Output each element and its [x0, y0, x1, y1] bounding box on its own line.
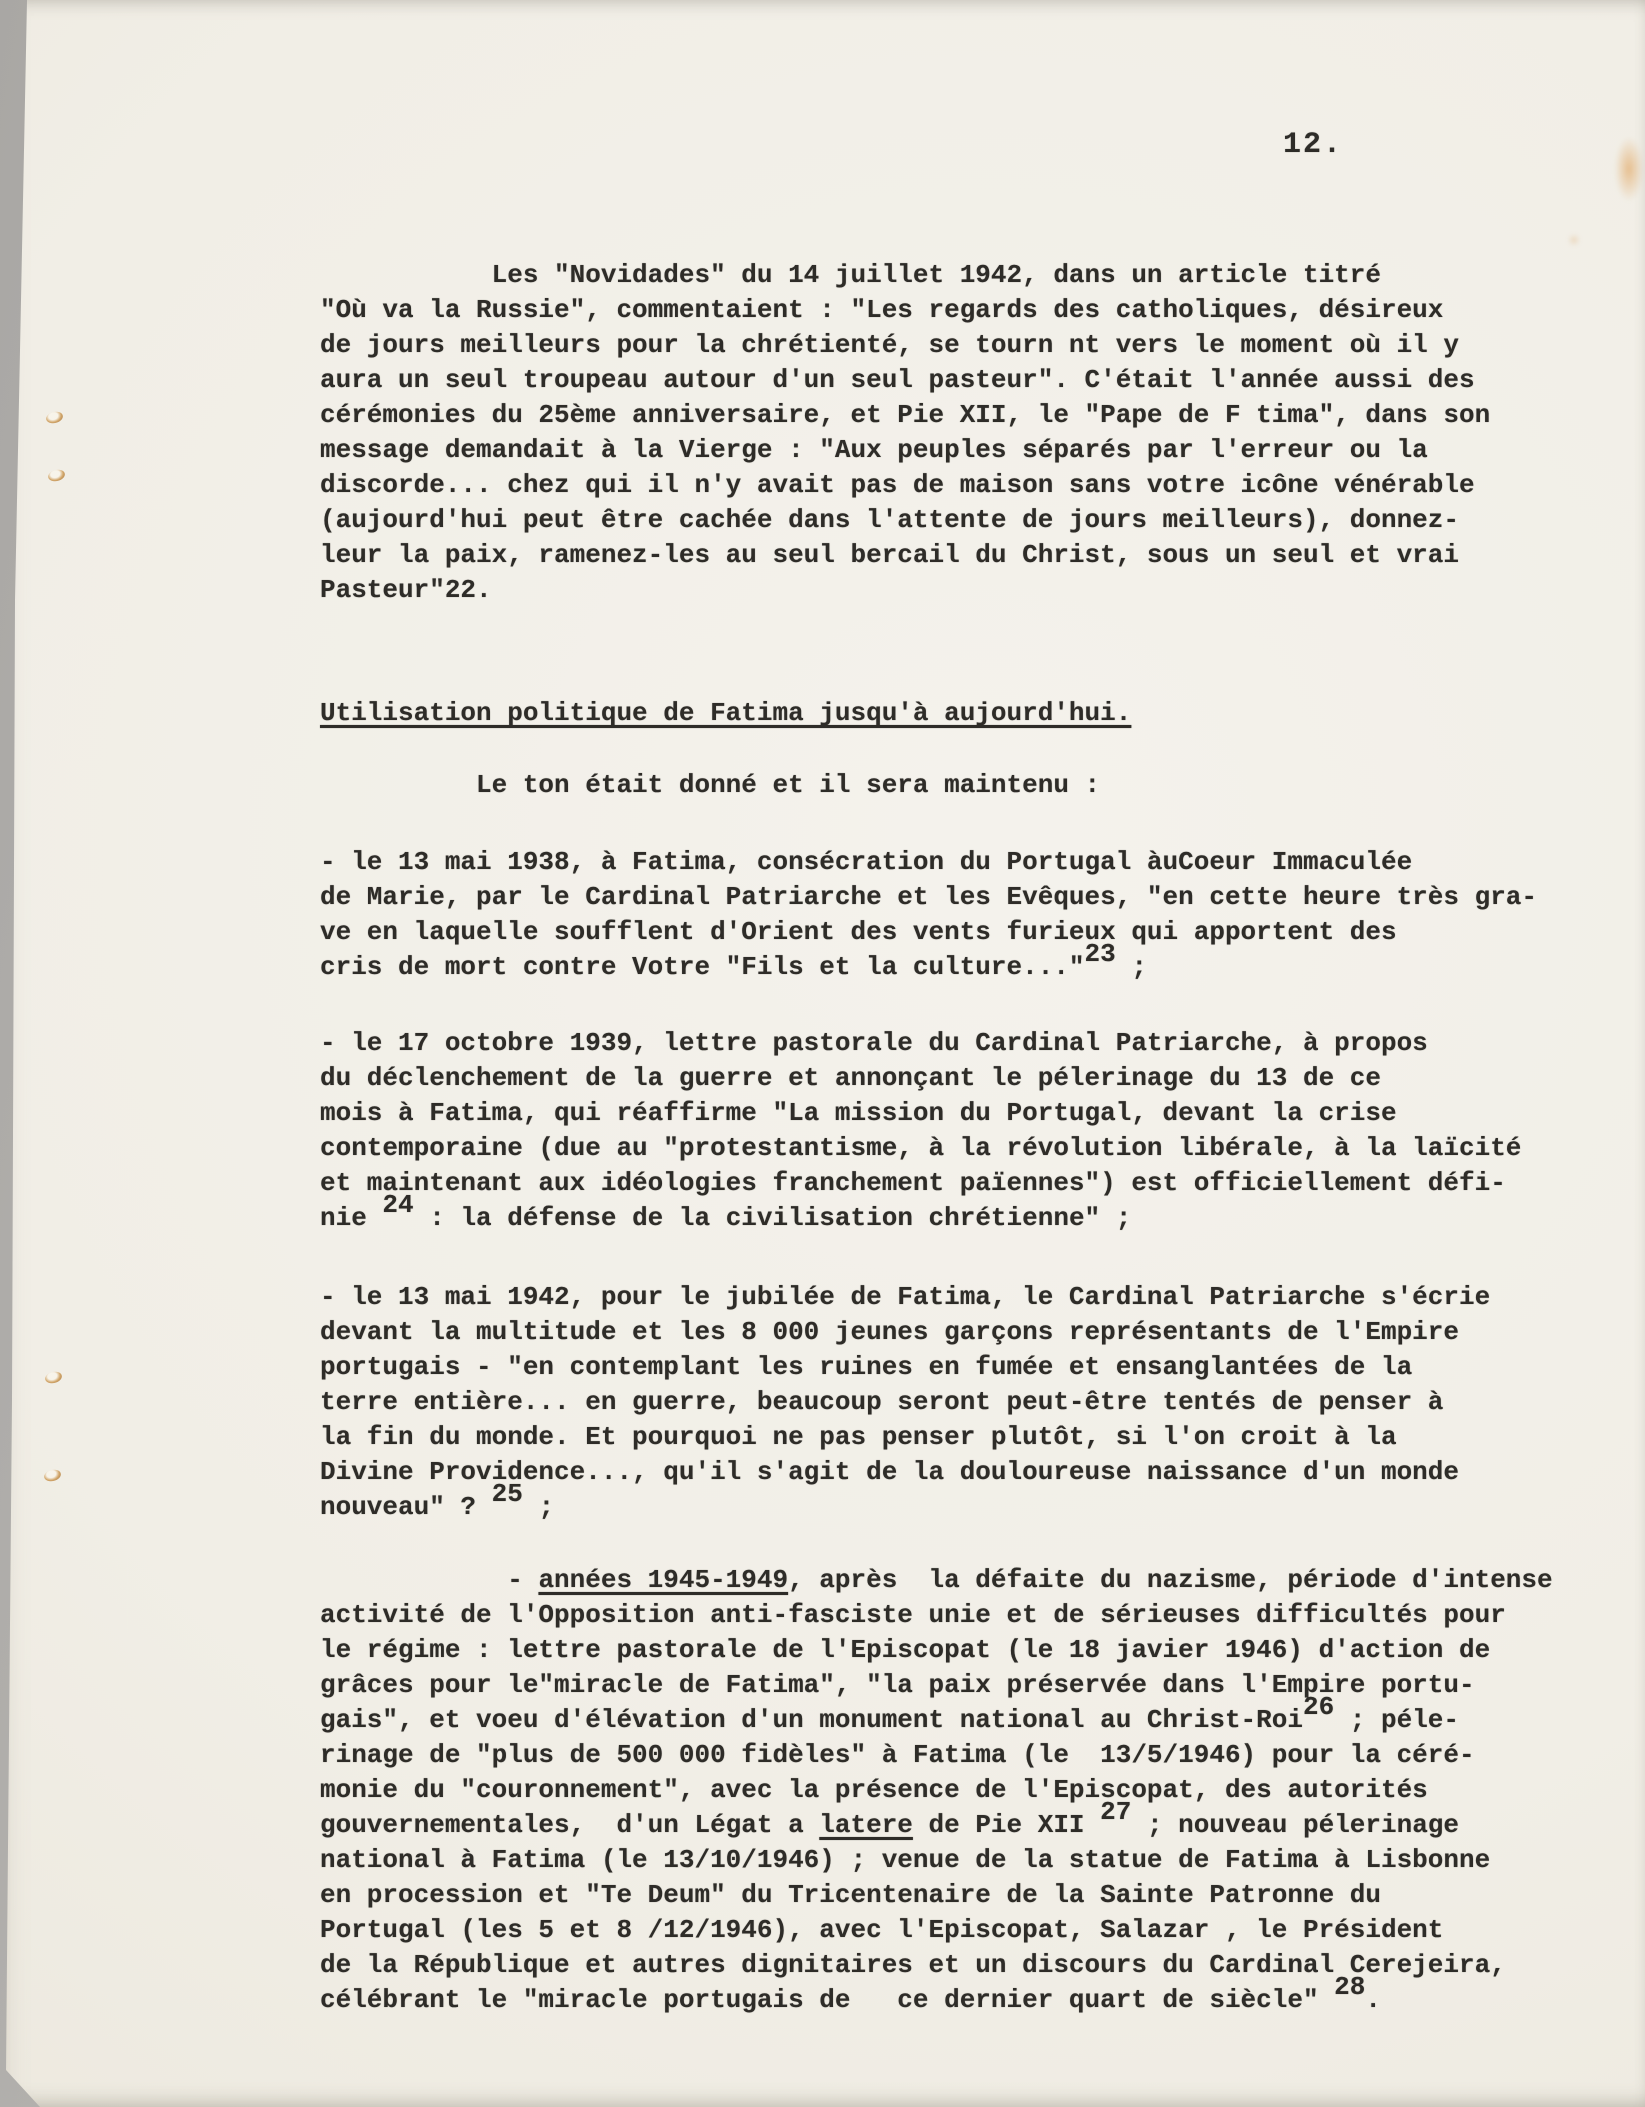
text-line: leur la paix, ramenez-les au seul bercai…	[320, 538, 1490, 573]
page-number: 12.	[1283, 130, 1343, 160]
punch-hole-mark	[45, 410, 64, 425]
text-line: - le 13 mai 1938, à Fatima, consécration…	[320, 845, 1537, 880]
paragraph-17-octobre-1939: - le 17 octobre 1939, lettre pastorale d…	[320, 1026, 1521, 1236]
text-line: portugais - "en contemplant les ruines e…	[320, 1350, 1490, 1385]
text-line: aura un seul troupeau autour d'un seul p…	[320, 363, 1490, 398]
text-line: national à Fatima (le 13/10/1946) ; venu…	[320, 1843, 1553, 1878]
text-line: le régime : lettre pastorale de l'Episco…	[320, 1633, 1553, 1668]
text-line: cérémonies du 25ème anniversaire, et Pie…	[320, 398, 1490, 433]
punch-hole-mark	[43, 1468, 62, 1483]
text-line: rinage de "plus de 500 000 fidèles" à Fa…	[320, 1738, 1553, 1773]
text-line: nie 24 : la défense de la civilisation c…	[320, 1201, 1521, 1236]
paragraph-novidades: Les "Novidades" du 14 juillet 1942, dans…	[320, 258, 1490, 608]
text-line: devant la multitude et les 8 000 jeunes …	[320, 1315, 1490, 1350]
text-line: nouveau" ? 25 ;	[320, 1490, 1490, 1525]
paper-stain-small	[1566, 232, 1582, 248]
paragraph-13-mai-1938: - le 13 mai 1938, à Fatima, consécration…	[320, 845, 1537, 985]
text-line: de la République et autres dignitaires e…	[320, 1948, 1553, 1983]
text-line: discorde... chez qui il n'y avait pas de…	[320, 468, 1490, 503]
text-line: de Marie, par le Cardinal Patriarche et …	[320, 880, 1537, 915]
text-line: Pasteur"22.	[320, 573, 1490, 608]
text-line: célébrant le "miracle portugais de ce de…	[320, 1983, 1553, 2018]
text-line: message demandait à la Vierge : "Aux peu…	[320, 433, 1490, 468]
text-line: contemporaine (due au "protestantisme, à…	[320, 1131, 1521, 1166]
paper-sheet: 12. Les "Novidades" du 14 juillet 1942, …	[0, 0, 1645, 2107]
paragraph-annees-1945-1949: - années 1945-1949, après la défaite du …	[320, 1563, 1553, 2018]
text-line: activité de l'Opposition anti-fasciste u…	[320, 1598, 1553, 1633]
text-line: (aujourd'hui peut être cachée dans l'att…	[320, 503, 1490, 538]
text-line: - le 17 octobre 1939, lettre pastorale d…	[320, 1026, 1521, 1061]
text-line: - années 1945-1949, après la défaite du …	[320, 1563, 1553, 1598]
paragraph-13-mai-1942: - le 13 mai 1942, pour le jubilée de Fat…	[320, 1280, 1490, 1525]
text-line: en procession et "Te Deum" du Tricentena…	[320, 1878, 1553, 1913]
text-line: "Où va la Russie", commentaient : "Les r…	[320, 293, 1490, 328]
text-line: Les "Novidades" du 14 juillet 1942, dans…	[320, 258, 1490, 293]
text-line: terre entière... en guerre, beaucoup ser…	[320, 1385, 1490, 1420]
text-line: grâces pour le"miracle de Fatima", "la p…	[320, 1668, 1553, 1703]
scanned-page: 12. Les "Novidades" du 14 juillet 1942, …	[0, 0, 1645, 2107]
text-line: Portugal (les 5 et 8 /12/1946), avec l'E…	[320, 1913, 1553, 1948]
text-line: ve en laquelle soufflent d'Orient des ve…	[320, 915, 1537, 950]
text-line: Utilisation politique de Fatima jusqu'à …	[320, 696, 1131, 731]
text-line: et maintenant aux idéologies franchement…	[320, 1166, 1521, 1201]
paragraph-intro: Le ton était donné et il sera maintenu :	[320, 768, 1100, 803]
text-line: monie du "couronnement", avec la présenc…	[320, 1773, 1553, 1808]
text-line: du déclenchement de la guerre et annonça…	[320, 1061, 1521, 1096]
text-line: Le ton était donné et il sera maintenu :	[320, 768, 1100, 803]
text-line: gais", et voeu d'élévation d'un monument…	[320, 1703, 1553, 1738]
paper-stain	[1610, 126, 1645, 212]
text-line: de jours meilleurs pour la chrétienté, s…	[320, 328, 1490, 363]
text-line: cris de mort contre Votre "Fils et la cu…	[320, 950, 1537, 985]
section-heading: Utilisation politique de Fatima jusqu'à …	[320, 696, 1131, 731]
punch-hole-mark	[47, 468, 66, 483]
text-line: - le 13 mai 1942, pour le jubilée de Fat…	[320, 1280, 1490, 1315]
text-line: mois à Fatima, qui réaffirme "La mission…	[320, 1096, 1521, 1131]
text-line: la fin du monde. Et pourquoi ne pas pens…	[320, 1420, 1490, 1455]
punch-hole-mark	[44, 1370, 63, 1385]
text-line: gouvernementales, d'un Légat a latere de…	[320, 1808, 1553, 1843]
